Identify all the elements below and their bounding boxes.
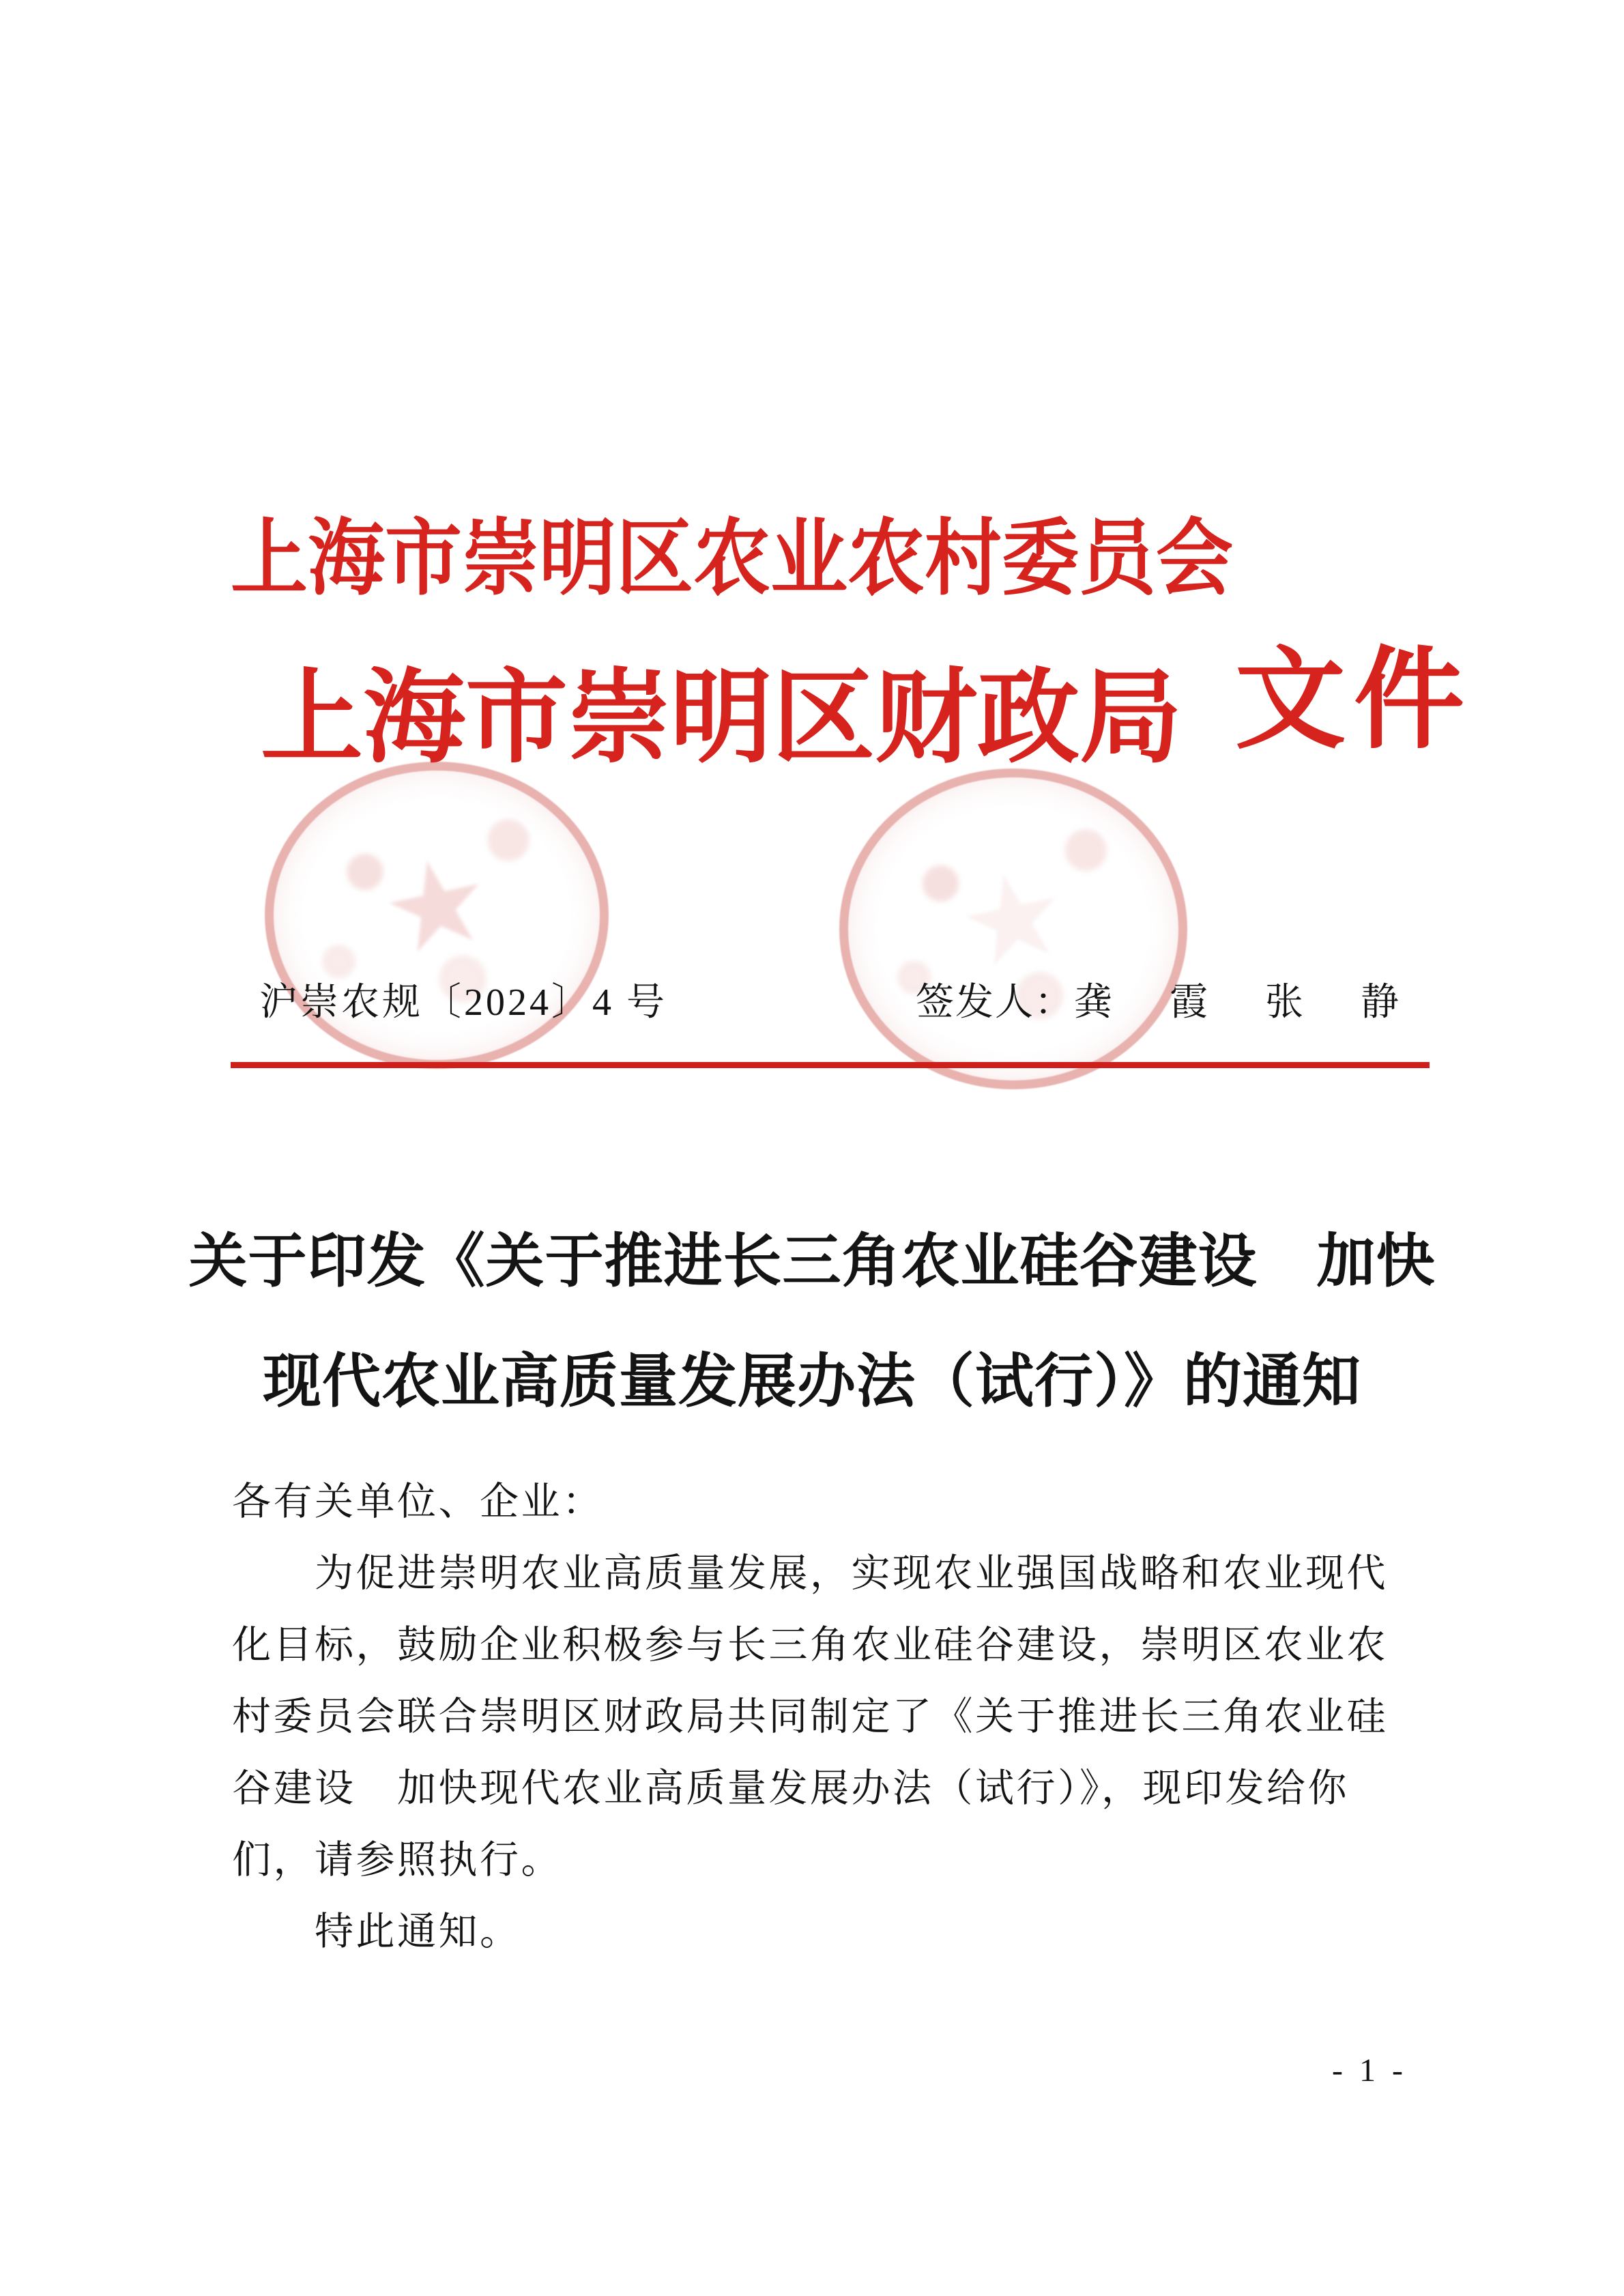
red-divider-line bbox=[231, 1062, 1430, 1068]
issuer-name-2: 张静 bbox=[1265, 981, 1456, 1024]
doc-title-line-2: 现代农业高质量发展办法（试行）》的通知 bbox=[181, 1347, 1443, 1416]
issuer-row: 签发人：龚霞张静 bbox=[916, 972, 1456, 1027]
header-org-line-1: 上海市崇明区农业农村委员会 bbox=[231, 513, 1233, 607]
body-line-2: 化目标，鼓励企业积极参与长三角农业硅谷建设，崇明区农业农 bbox=[232, 1609, 1399, 1681]
doc-number: 沪崇农规〔2024〕4 号 bbox=[259, 972, 667, 1027]
header-org-line-2: 上海市崇明区财政局 bbox=[261, 663, 1182, 774]
doc-title: 关于印发《关于推进长三角农业硅谷建设 加快 现代农业高质量发展办法（试行）》的通… bbox=[181, 1227, 1443, 1416]
document-page: 上海市崇明区农业农村委员会 上海市崇明区财政局 文件 沪崇农规〔2024〕4 号… bbox=[0, 0, 1624, 2296]
salutation: 各有关单位、企业： bbox=[232, 1466, 1399, 1538]
closing-line: 特此通知。 bbox=[232, 1896, 1399, 1968]
page-number: - 1 - bbox=[1332, 2052, 1407, 2089]
official-seal-right-icon bbox=[839, 769, 1187, 1089]
doc-type-label: 文件 bbox=[1235, 612, 1473, 770]
issuer-name-1: 龚霞 bbox=[1074, 981, 1265, 1024]
body-line-5: 们，请参照执行。 bbox=[232, 1824, 1399, 1896]
issuer-label: 签发人： bbox=[916, 981, 1074, 1024]
body-line-4: 谷建设 加快现代农业高质量发展办法（试行）》，现印发给你 bbox=[232, 1753, 1399, 1824]
doc-body: 各有关单位、企业： 为促进崇明农业高质量发展，实现农业强国战略和农业现代 化目标… bbox=[232, 1466, 1399, 1968]
doc-title-line-1: 关于印发《关于推进长三角农业硅谷建设 加快 bbox=[181, 1227, 1443, 1295]
body-line-3: 村委员会联合崇明区财政局共同制定了《关于推进长三角农业硅 bbox=[232, 1681, 1399, 1753]
body-line-1: 为促进崇明农业高质量发展，实现农业强国战略和农业现代 bbox=[232, 1538, 1399, 1609]
